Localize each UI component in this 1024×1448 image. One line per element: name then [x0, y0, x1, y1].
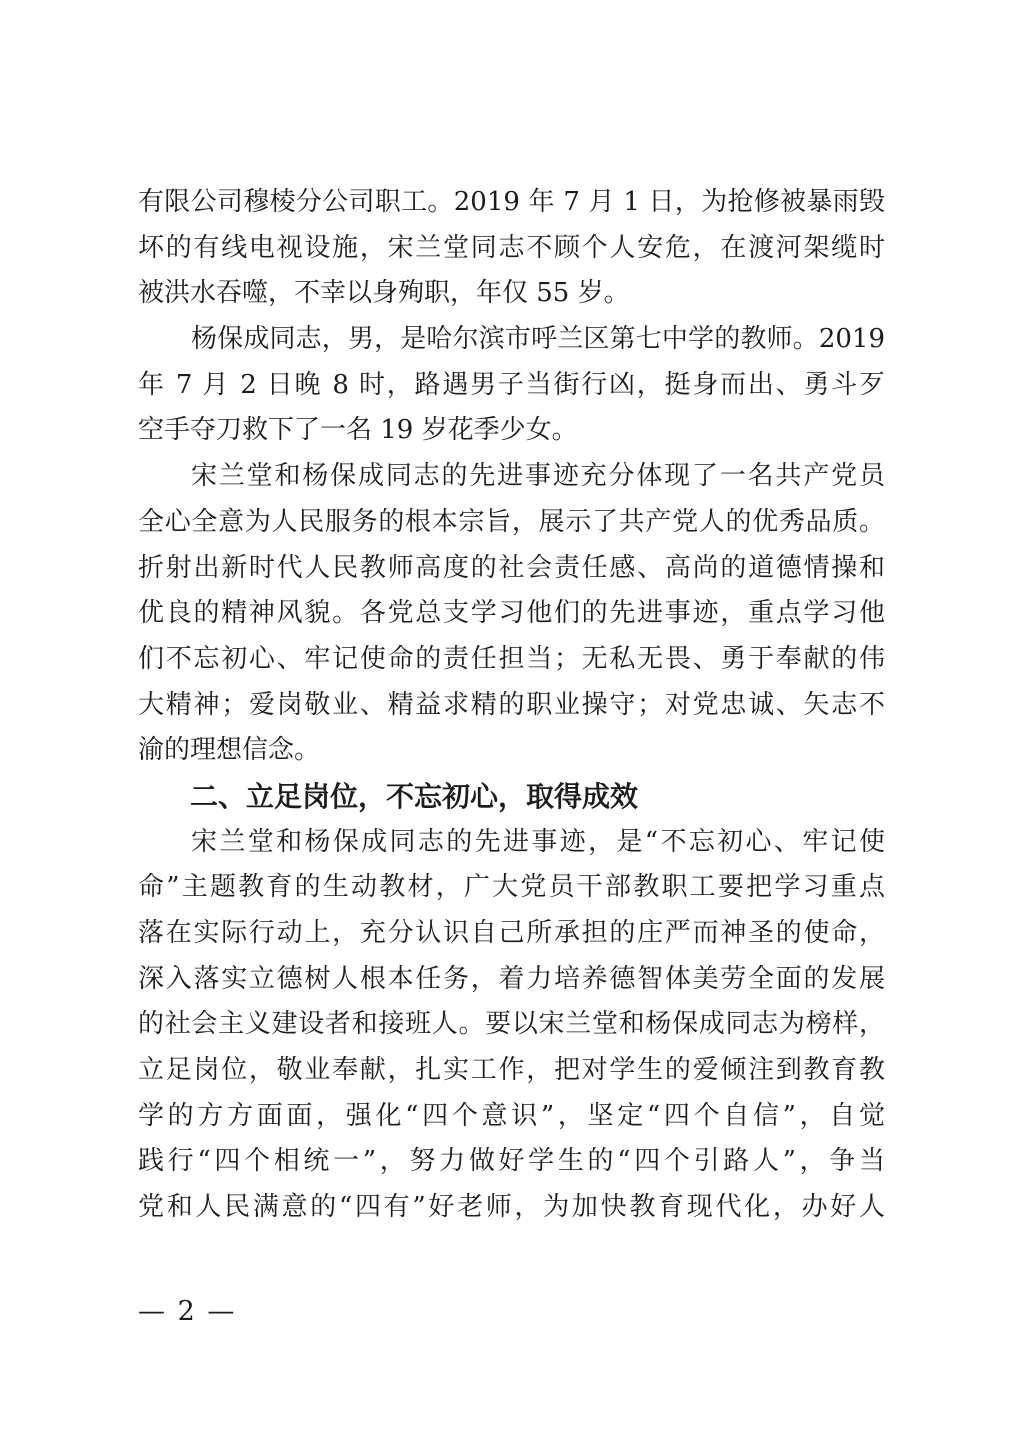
text-line: 党和人民满意的“四有”好老师，为加快教育现代化，办好人 — [138, 1185, 885, 1231]
text-line: 优良的精神风貌。各党总支学习他们的先进事迹，重点学习他 — [138, 591, 885, 637]
text-line: 渝的理想信念。 — [138, 728, 885, 774]
text-line: 们不忘初心、牢记使命的责任担当；无私无畏、勇于奉献的伟 — [138, 637, 885, 683]
text-line: 折射出新时代人民教师高度的社会责任感、高尚的道德情操和 — [138, 546, 885, 592]
text-line: 全心全意为人民服务的根本宗旨，展示了共产党人的优秀品质。 — [138, 500, 885, 546]
section-heading: 二、立足岗位，不忘初心，取得成效 — [138, 774, 885, 820]
page-number: — 2 — — [138, 1296, 236, 1328]
text-line: 杨保成同志，男，是哈尔滨市呼兰区第七中学的教师。2019 — [138, 317, 885, 363]
text-line: 宋兰堂和杨保成同志的先进事迹充分体现了一名共产党员 — [138, 454, 885, 500]
text-line: 坏的有线电视设施，宋兰堂同志不顾个人安危，在渡河架缆时 — [138, 226, 885, 272]
text-line: 践行“四个相统一”，努力做好学生的“四个引路人”，争当 — [138, 1139, 885, 1185]
text-line: 命”主题教育的生动教材，广大党员干部教职工要把学习重点 — [138, 865, 885, 911]
text-line: 被洪水吞噬，不幸以身殉职，年仅 55 岁。 — [138, 271, 885, 317]
text-line: 有限公司穆棱分公司职工。2019 年 7 月 1 日，为抢修被暴雨毁 — [138, 180, 885, 226]
text-line: 宋兰堂和杨保成同志的先进事迹，是“不忘初心、牢记使 — [138, 820, 885, 866]
text-line: 年 7 月 2 日晚 8 时，路遇男子当街行凶，挺身而出、勇斗歹徒、 — [138, 363, 885, 409]
text-line: 深入落实立德树人根本任务，着力培养德智体美劳全面的发展 — [138, 957, 885, 1003]
text-line: 大精神；爱岗敬业、精益求精的职业操守；对党忠诚、矢志不 — [138, 683, 885, 729]
text-line: 的社会主义建设者和接班人。要以宋兰堂和杨保成同志为榜样， — [138, 1002, 885, 1048]
document-page: 有限公司穆棱分公司职工。2019 年 7 月 1 日，为抢修被暴雨毁 坏的有线电… — [0, 0, 1024, 1448]
text-line: 学的方方面面，强化“四个意识”，坚定“四个自信”，自觉 — [138, 1094, 885, 1140]
text-line: 空手夺刀救下了一名 19 岁花季少女。 — [138, 408, 885, 454]
text-line: 立足岗位，敬业奉献，扎实工作，把对学生的爱倾注到教育教 — [138, 1048, 885, 1094]
text-line: 落在实际行动上，充分认识自己所承担的庄严而神圣的使命， — [138, 911, 885, 957]
document-body: 有限公司穆棱分公司职工。2019 年 7 月 1 日，为抢修被暴雨毁 坏的有线电… — [138, 180, 885, 1231]
